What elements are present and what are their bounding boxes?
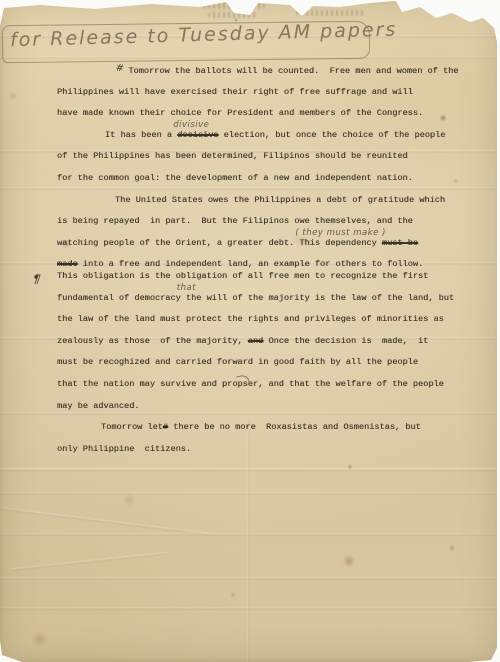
typed-text: of the Philippines has been determined, … [57,151,408,161]
typed-text: fundamental of democracy [57,293,181,303]
typed-line: have made known their choice for Preside… [57,103,467,125]
typed-text: that the nation may survive and pro [57,379,238,389]
release-note-text: for Release to Tuesday AM papers [10,19,390,52]
typed-text: and [248,336,263,346]
typed-text: This obligation is the obligation of all… [57,271,428,281]
typed-text: Once the decision is made, it [263,336,428,346]
typed-text: must be [382,238,418,248]
fold-line [0,56,500,59]
typed-line: fundamental of democracythat the will of… [57,288,467,310]
typed-text: decisive [177,130,218,140]
typed-text: election, but once the choice of the peo… [218,130,445,140]
faint-pencil-marks [208,12,256,18]
crease-diagonal [10,552,169,572]
typed-line: zealously as those of the majority, and … [57,331,467,353]
typed-document: #Tomorrow the ballots will be counted. F… [57,60,467,460]
typed-line: only Philippine citizens. [57,439,467,461]
typed-text: ps [238,379,248,389]
typed-text: there be no more Roxasistas and Osmenist… [168,422,421,432]
typed-text: for the common goal: the development of … [57,173,413,183]
typed-text: have made known their choice for Preside… [57,108,423,118]
typed-line: is being repayed in part. But the Filipi… [57,211,467,233]
typed-text: only Philippine citizens. [57,444,191,454]
typed-text: er, and that the welfare of the people [248,379,444,389]
typed-line: It has been a divisivedecisive election,… [57,125,467,147]
faint-pencil-marks [203,3,265,9]
fold-line [0,492,500,495]
fold-line [0,468,500,472]
typed-text: the will of the majority is the law of t… [181,293,454,303]
typed-line: may be advanced. [57,396,467,418]
typed-text: zealously as those of the majority, [57,336,248,346]
typed-line: the law of the land must protect the rig… [57,309,467,331]
paper-sheet: for Release to Tuesday AM papers #Tomorr… [0,0,500,662]
paragraph-insert-mark: ¶ [31,268,42,291]
typed-line: of the Philippines has been determined, … [57,146,467,168]
typed-text: the law of the land must protect the rig… [57,314,444,324]
typed-line: watching people of the Orient, a greater… [57,233,467,255]
crease-diagonal [1,507,210,536]
typed-text: It has been a [105,130,177,140]
typed-text: This dependency [299,238,382,248]
typed-line: #Tomorrow the ballots will be counted. F… [57,60,467,82]
typed-text: Philippines will have exercised their ri… [57,87,413,97]
typed-line: that the nation may survive and propser,… [57,374,467,396]
typed-text: may be advanced. [57,401,140,411]
typed-line: Tomorrow let# there be no more Roxasista… [57,417,467,439]
typed-line: must be recoghized and carried forward i… [57,352,467,374]
typed-text: watching people of the Orient, a greater… [57,238,299,248]
typed-text: Tomorrow the ballots will be counted. Fr… [128,66,458,76]
fold-line [0,533,500,536]
typed-text: is being repayed in part. But the Filipi… [57,216,413,226]
typed-line: for the common goal: the development of … [57,168,467,190]
handwritten-insert-mark: # [113,57,126,80]
typed-text: The United States owes the Philippines a… [115,195,445,205]
faint-pencil-marks [296,10,366,16]
typed-text: Tomorrow let [101,422,163,432]
typed-line: Philippines will have exercised their ri… [57,82,467,104]
fold-line [0,577,500,580]
typed-line: ¶This obligation is the obligation of al… [57,266,467,288]
typed-text: must be recoghized and carried forward i… [57,357,418,367]
typed-line: The United States owes the Philippines a… [57,190,467,212]
fold-line [0,607,500,610]
